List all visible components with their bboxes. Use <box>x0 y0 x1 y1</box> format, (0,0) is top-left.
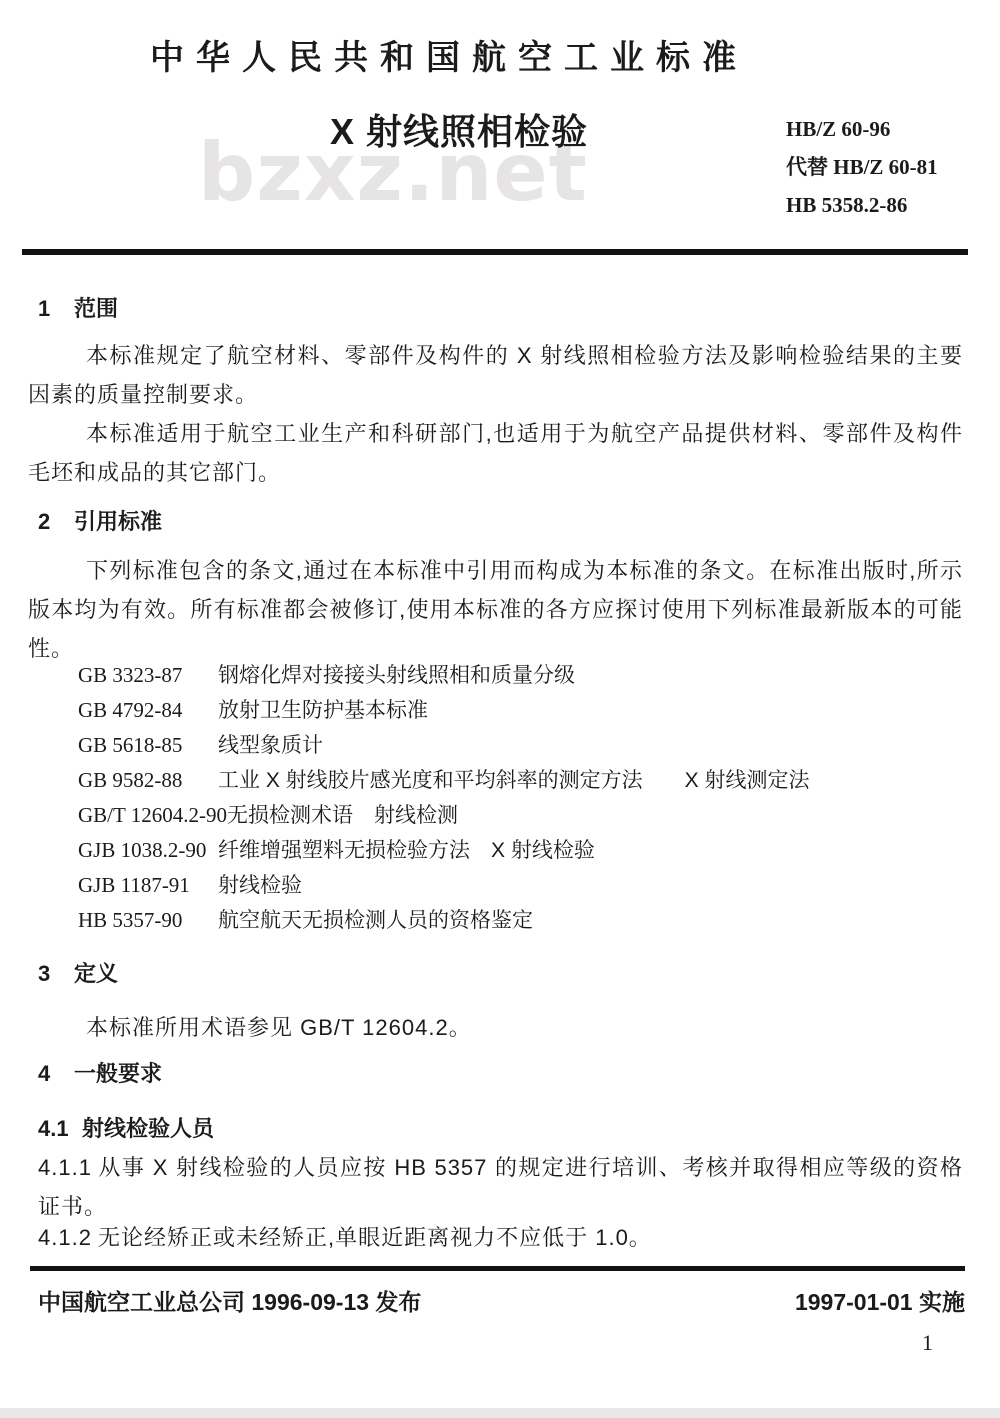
referenced-standards-list: GB 3323-87钢熔化焊对接接头射线照相和质量分级 GB 4792-84放射… <box>78 658 978 938</box>
section-1-title: 范围 <box>74 296 118 321</box>
list-item: GB/T 12604.2-90无损检测术语 射线检测 <box>78 798 978 833</box>
section-4-1-2-item: 4.1.2无论经矫正或未经矫正,单眼近距离视力不应低于 1.0。 <box>38 1218 963 1257</box>
standard-ref-code: GB 9582-88 <box>78 763 218 798</box>
paragraph: 本标准适用于航空工业生产和科研部门,也适用于为航空产品提供材料、零部件及构件毛坯… <box>28 414 963 492</box>
list-item: GJB 1187-91射线检验 <box>78 868 978 903</box>
paragraph: 本标准规定了航空材料、零部件及构件的 X 射线照相检验方法及影响检验结果的主要因… <box>28 336 963 414</box>
standard-ref-code: GB/T 12604.2-90 <box>78 798 227 833</box>
section-3-title: 定义 <box>74 961 118 986</box>
standard-ref-code: GB 5618-85 <box>78 728 218 763</box>
section-2-heading: 2引用标准 <box>38 505 162 536</box>
section-2-number: 2 <box>38 509 74 535</box>
section-3-body: 本标准所用术语参见 GB/T 12604.2。 <box>28 1008 963 1047</box>
list-item: HB 5357-90航空航天无损检测人员的资格鉴定 <box>78 903 978 938</box>
standard-ref-title: 工业 X 射线胶片感光度和平均斜率的测定方法 X 射线测定法 <box>218 763 978 798</box>
section-1-heading: 1范围 <box>38 292 118 323</box>
paragraph: 本标准所用术语参见 GB/T 12604.2。 <box>28 1008 963 1047</box>
standard-ref-title: 钢熔化焊对接接头射线照相和质量分级 <box>218 658 978 693</box>
list-item: GB 5618-85线型象质计 <box>78 728 978 763</box>
paragraph: 下列标准包含的条文,通过在本标准中引用而构成为本标准的条文。在标准出版时,所示版… <box>28 551 963 668</box>
page-number: 1 <box>922 1330 933 1356</box>
standard-ref-code: GJB 1187-91 <box>78 868 218 903</box>
standard-ref-title: 纤维增强塑料无损检验方法 X 射线检验 <box>218 833 978 868</box>
section-4-heading: 4一般要求 <box>38 1057 162 1088</box>
standard-ref-code: GB 4792-84 <box>78 693 218 728</box>
section-1-number: 1 <box>38 296 74 322</box>
section-3-number: 3 <box>38 961 74 987</box>
standard-ref-code: HB 5357-90 <box>78 903 218 938</box>
section-4-1-title: 射线检验人员 <box>82 1116 214 1141</box>
footer-issuing-org-date: 中国航空工业总公司 1996-09-13 发布 <box>38 1284 421 1317</box>
footer-effective-date: 1997-01-01 实施 <box>795 1284 965 1317</box>
standard-code-block: HB/Z 60-96 代替 HB/Z 60-81 HB 5358.2-86 <box>786 110 938 224</box>
list-item: GJB 1038.2-90纤维增强塑料无损检验方法 X 射线检验 <box>78 833 978 868</box>
clause-number: 4.1.2 <box>38 1218 98 1257</box>
section-2-body: 下列标准包含的条文,通过在本标准中引用而构成为本标准的条文。在标准出版时,所示版… <box>28 551 963 668</box>
standard-ref-title: 射线检验 <box>218 868 978 903</box>
list-item: GB 9582-88工业 X 射线胶片感光度和平均斜率的测定方法 X 射线测定法 <box>78 763 978 798</box>
list-item: GB 3323-87钢熔化焊对接接头射线照相和质量分级 <box>78 658 978 693</box>
section-4-1-1-item: 4.1.1从事 X 射线检验的人员应按 HB 5357 的规定进行培训、考核并取… <box>38 1148 963 1226</box>
section-4-1-heading: 4.1射线检验人员 <box>38 1112 214 1143</box>
standard-ref-title: 航空航天无损检测人员的资格鉴定 <box>218 903 978 938</box>
scan-edge-strip <box>0 1408 1000 1418</box>
standard-code-current: HB/Z 60-96 <box>786 110 938 148</box>
section-4-1-number: 4.1 <box>38 1116 82 1142</box>
section-4-number: 4 <box>38 1061 74 1087</box>
clause-text: 从事 X 射线检验的人员应按 HB 5357 的规定进行培训、考核并取得相应等级… <box>38 1155 963 1219</box>
standard-ref-title: 线型象质计 <box>218 728 978 763</box>
section-2-title: 引用标准 <box>74 509 162 534</box>
header-divider-rule <box>22 249 968 255</box>
footer-divider-rule <box>30 1266 965 1271</box>
standard-org-title: 中华人民共和国航空工业标准 <box>150 30 748 79</box>
section-4-title: 一般要求 <box>74 1061 162 1086</box>
standard-ref-code: GJB 1038.2-90 <box>78 833 218 868</box>
standard-ref-title: 放射卫生防护基本标准 <box>218 693 978 728</box>
paragraph: 4.1.1从事 X 射线检验的人员应按 HB 5357 的规定进行培训、考核并取… <box>38 1148 963 1226</box>
paragraph: 4.1.2无论经矫正或未经矫正,单眼近距离视力不应低于 1.0。 <box>38 1218 963 1257</box>
clause-number: 4.1.1 <box>38 1148 98 1187</box>
standard-code-related: HB 5358.2-86 <box>786 186 938 224</box>
section-3-heading: 3定义 <box>38 957 118 988</box>
standard-ref-code: GB 3323-87 <box>78 658 218 693</box>
document-title: X 射线照相检验 <box>330 104 588 155</box>
standard-code-replaces: 代替 HB/Z 60-81 <box>786 148 938 186</box>
section-1-body: 本标准规定了航空材料、零部件及构件的 X 射线照相检验方法及影响检验结果的主要因… <box>28 336 963 492</box>
list-item: GB 4792-84放射卫生防护基本标准 <box>78 693 978 728</box>
standard-document-page: bzxz.net 中华人民共和国航空工业标准 X 射线照相检验 HB/Z 60-… <box>0 0 1000 1418</box>
clause-text: 无论经矫正或未经矫正,单眼近距离视力不应低于 1.0。 <box>98 1225 652 1250</box>
standard-ref-title: 无损检测术语 射线检测 <box>227 798 978 833</box>
